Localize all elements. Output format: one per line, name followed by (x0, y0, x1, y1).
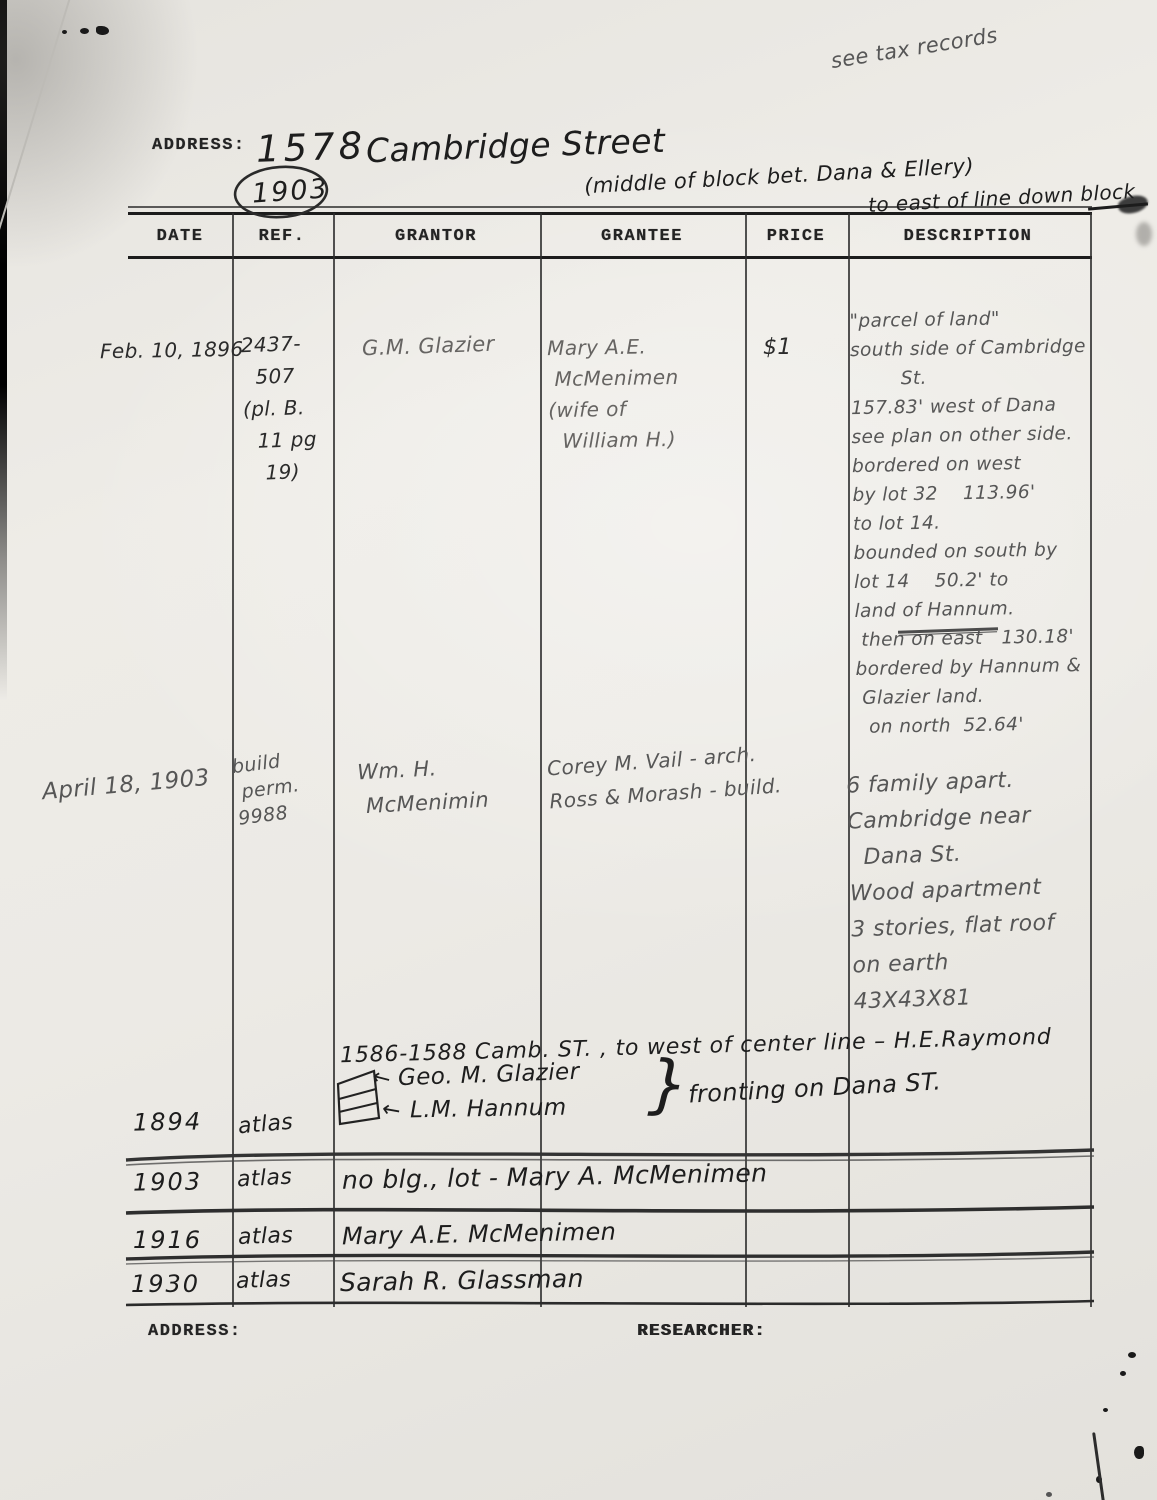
atlas-ref: atlas (236, 1267, 292, 1294)
scan-speck (1128, 1352, 1136, 1358)
table-right-border (1090, 213, 1092, 1307)
deed-description: 6 family apart. Cambridge near Dana St. … (846, 762, 1058, 1021)
col-header-ref: REF. (259, 227, 306, 246)
deed-grantor: G.M. Glazier (362, 332, 495, 361)
circled-year: 1903 (251, 173, 330, 209)
atlas-year: 1903 (133, 1167, 203, 1196)
footer-address-label: ADDRESS: (148, 1322, 242, 1341)
deed-grantor: Wm. H. McMenimin (356, 749, 490, 824)
deed-ref: 2437- 507 (pl. B. 11 pg 19) (240, 327, 318, 489)
col-divider-grantor-grantee (540, 213, 542, 1307)
address-number: 1578 (255, 124, 367, 171)
deed-description: "parcel of land" south side of Cambridge… (849, 303, 1092, 742)
arrow-left-icon: ← (380, 1097, 403, 1125)
deed-date: April 18, 1903 (41, 765, 211, 806)
deed-price: $1 (763, 335, 792, 360)
col-divider-ref-grantor (333, 213, 335, 1307)
scan-bottom-crease (1092, 1432, 1105, 1500)
scanned-deed-research-sheet: see tax records ADDRESS: 1578 Cambridge … (0, 0, 1157, 1500)
address-street: Cambridge Street (365, 121, 665, 170)
col-header-grantee: GRANTEE (601, 227, 683, 246)
atlas-ref: atlas (238, 1223, 294, 1250)
diagram-label-hannum: L.M. Hannum (410, 1095, 567, 1124)
scan-speck (62, 30, 67, 34)
camb-st-note: 1586-1588 Camb. ST. , to west of center … (340, 1025, 1052, 1069)
tax-records-note: see tax records (829, 23, 999, 73)
col-header-description: DESCRIPTION (904, 227, 1033, 246)
scan-speck (1134, 1446, 1144, 1459)
atlas-year: 1930 (131, 1270, 200, 1298)
address-label: ADDRESS: (152, 136, 246, 155)
deed-ref: build perm. 9988 (230, 746, 304, 831)
brace-icon: } (647, 1047, 691, 1122)
deed-date: Feb. 10, 1896 (100, 337, 244, 364)
atlas-ref: atlas (237, 1110, 294, 1140)
scan-speck (1046, 1492, 1052, 1497)
deed-grantee: Mary A.E. McMenimen (wife of William H.) (547, 331, 680, 457)
col-header-price: PRICE (767, 227, 826, 246)
scan-smudge (1136, 222, 1152, 246)
col-header-date: DATE (157, 227, 204, 246)
scan-speck (1120, 1371, 1126, 1376)
scan-speck (80, 28, 89, 34)
diagram-note-fronting: fronting on Dana ST. (687, 1067, 941, 1108)
arrow-left-icon: ← (369, 1064, 393, 1093)
atlas-note: Mary A.E. McMenimen (342, 1218, 617, 1251)
atlas-year: 1916 (133, 1226, 202, 1254)
scan-speck (96, 26, 109, 35)
atlas-note: no blg., lot - Mary A. McMenimen (342, 1158, 768, 1194)
header-underline (128, 256, 1092, 259)
scan-speck (1103, 1408, 1108, 1412)
footer-researcher-label: RESEARCHER: (637, 1322, 766, 1341)
atlas-note: Sarah R. Glassman (340, 1264, 584, 1297)
atlas-ref: atlas (236, 1165, 292, 1193)
table-top-line-thin (128, 206, 1092, 208)
deed-grantee: Corey M. Vail - arch. Ross & Morash - bu… (546, 732, 850, 819)
diagram-label-glazier: Geo. M. Glazier (398, 1059, 580, 1091)
atlas-year: 1894 (133, 1107, 203, 1136)
col-header-grantor: GRANTOR (395, 227, 477, 246)
table-top-line (128, 212, 1092, 215)
